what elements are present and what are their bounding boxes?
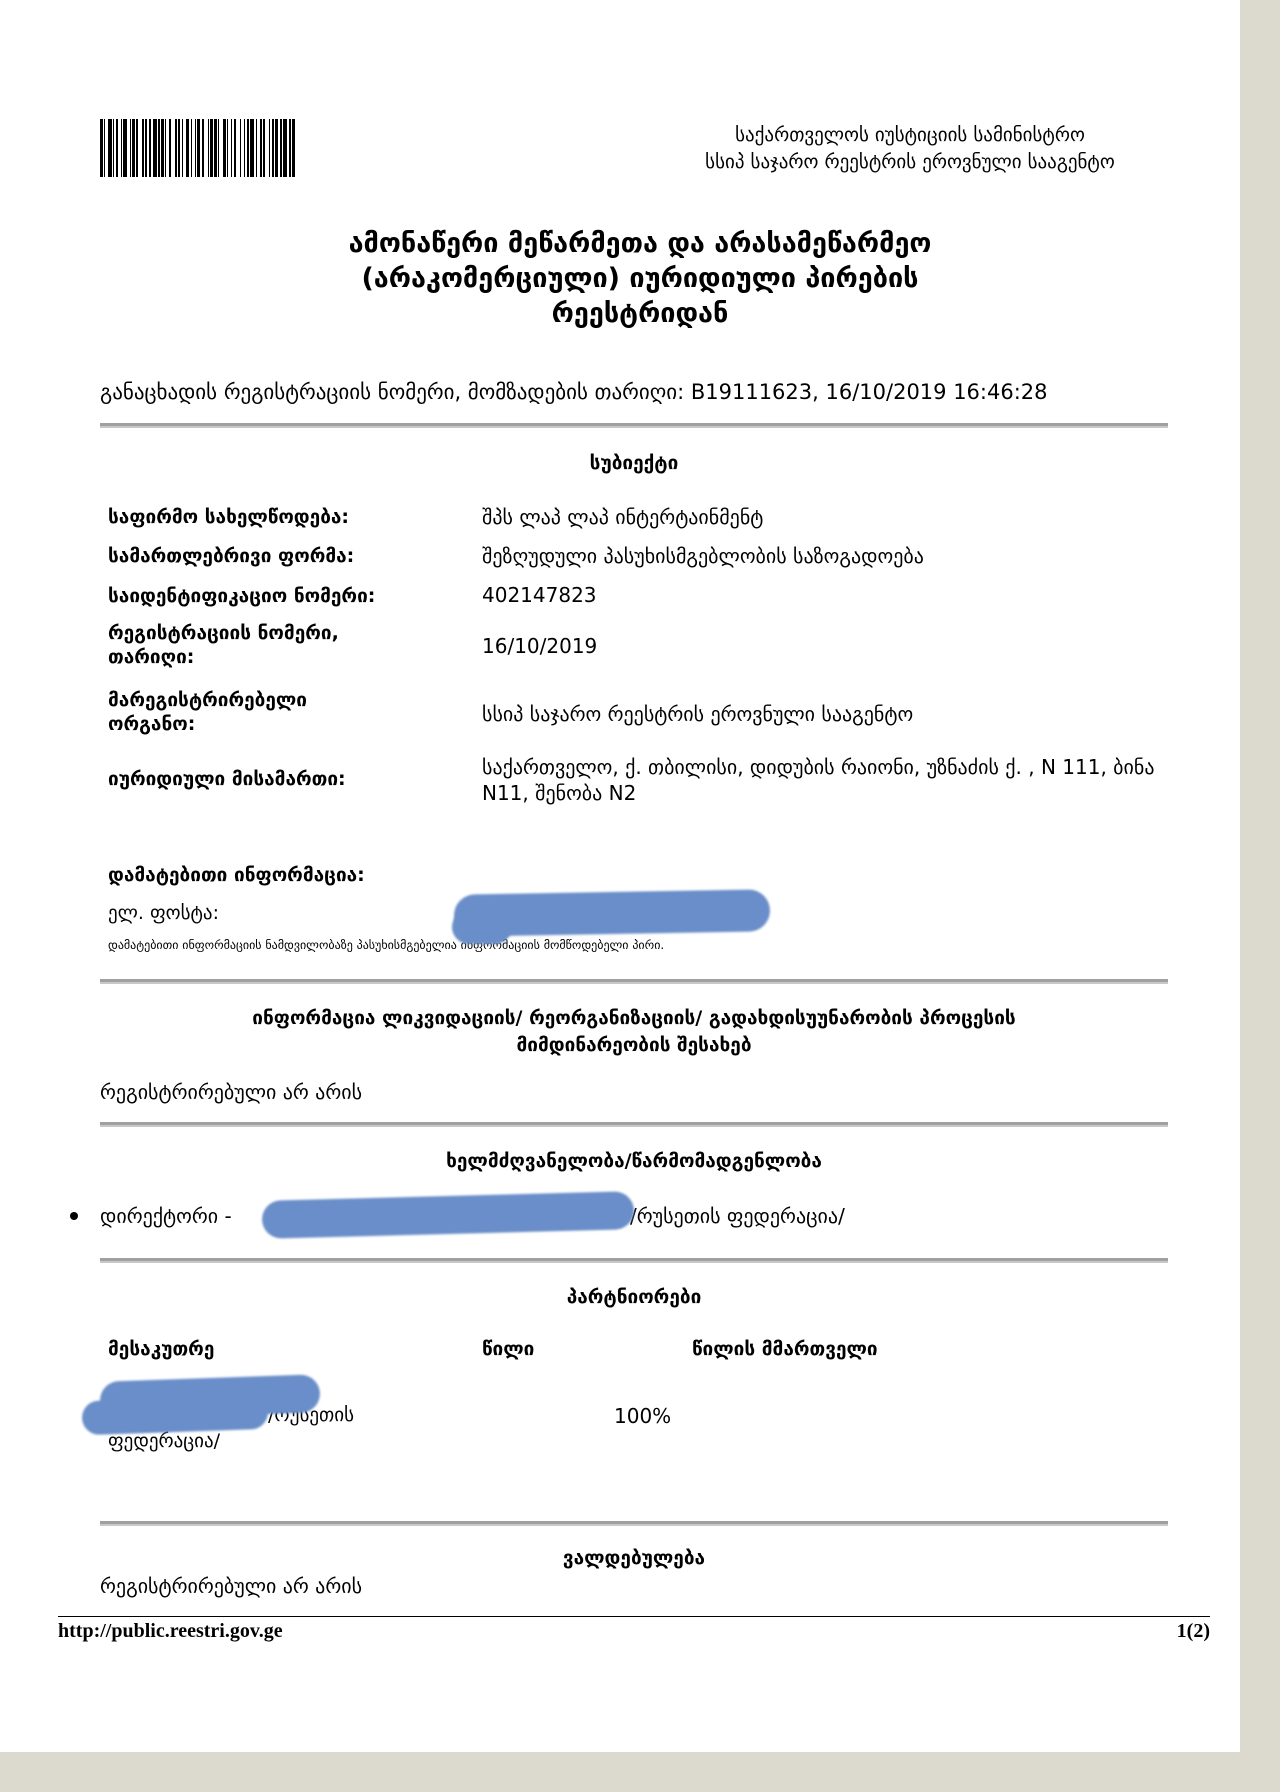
email-label: ელ. ფოსტა: — [108, 902, 219, 924]
column-share: წილი — [482, 1338, 534, 1360]
page-number: 1(2) — [1177, 1620, 1210, 1643]
column-owner: მესაკუთრე — [108, 1338, 214, 1360]
column-share-manager: წილის მმართველი — [692, 1338, 878, 1360]
title-line-3: რეესტრიდან — [200, 296, 1080, 331]
liquidation-title-line-1: ინფორმაცია ლიკვიდაციის/ რეორგანიზაციის/ … — [100, 1005, 1168, 1032]
section-title-management: ხელმძღვანელობა/წარმომადგენლობა — [100, 1148, 1168, 1175]
field-value-legal-address: საქართველო, ქ. თბილისი, დიდუბის რაიონი, … — [482, 754, 1162, 806]
title-line-2: (არაკომერციული) იურიდიული პირების — [200, 261, 1080, 296]
field-label-legal-form: სამართლებრივი ფორმა: — [108, 544, 448, 568]
liquidation-title-line-2: მიმდინარეობის შესახებ — [100, 1032, 1168, 1059]
agency-name: სსიპ საჯარო რეესტრის ეროვნული სააგენტო — [640, 149, 1180, 176]
additional-info-title: დამატებითი ინფორმაცია: — [108, 863, 508, 887]
divider — [100, 979, 1168, 984]
section-title-partners: პარტნიორები — [100, 1284, 1168, 1311]
field-value-registering-body: სსიპ საჯარო რეესტრის ეროვნული სააგენტო — [482, 702, 1162, 726]
ministry-name: საქართველოს იუსტიციის სამინისტრო — [640, 122, 1180, 149]
liquidation-status: რეგისტრირებული არ არის — [100, 1080, 362, 1104]
bullet-icon — [70, 1212, 78, 1220]
obligation-status: რეგისტრირებული არ არის — [100, 1574, 362, 1598]
email-redaction-tail — [452, 910, 512, 944]
management-item: დირექტორი - — [100, 1204, 232, 1228]
footer-url[interactable]: http://public.reestri.gov.ge — [58, 1620, 283, 1643]
additional-info-note: დამატებითი ინფორმაციის ნამდვილობაზე პასუ… — [108, 938, 664, 952]
divider — [100, 1122, 1168, 1127]
field-label-company-name: საფირმო სახელწოდება: — [108, 505, 448, 529]
section-title-obligation: ვალდებულება — [100, 1545, 1168, 1572]
document-title: ამონაწერი მეწარმეთა და არასამეწარმეო (არ… — [200, 226, 1080, 331]
barcode-icon — [100, 119, 454, 177]
document-page: საქართველოს იუსტიციის სამინისტრო სსიპ სა… — [0, 0, 1240, 1752]
section-title-subject: სუბიექტი — [100, 450, 1168, 477]
field-value-registration: 16/10/2019 — [482, 634, 1162, 658]
director-name-redaction — [262, 1191, 635, 1239]
title-line-1: ამონაწერი მეწარმეთა და არასამეწარმეო — [200, 226, 1080, 261]
owner-name-redaction-lower — [81, 1395, 268, 1435]
divider — [100, 1521, 1168, 1526]
management-role: დირექტორი - — [100, 1204, 232, 1228]
field-value-company-name: შპს ლაპ ლაპ ინტერტაინმენტ — [482, 505, 1162, 529]
field-label-registration: რეგისტრაციის ნომერი, თარიღი: — [108, 621, 408, 669]
field-label-registering-body: მარეგისტრირებელი ორგანო: — [108, 688, 398, 736]
divider — [100, 1258, 1168, 1263]
issuer-header: საქართველოს იუსტიციის სამინისტრო სსიპ სა… — [640, 122, 1180, 176]
footer-divider — [58, 1616, 1210, 1617]
section-title-liquidation: ინფორმაცია ლიკვიდაციის/ რეორგანიზაციის/ … — [100, 1005, 1168, 1059]
field-value-legal-form: შეზღუდული პასუხისმგებლობის საზოგადოება — [482, 544, 1162, 568]
field-value-id-number: 402147823 — [482, 583, 1162, 607]
partner-share: 100% — [614, 1404, 671, 1428]
application-info: განაცხადის რეგისტრაციის ნომერი, მომზადებ… — [100, 380, 1048, 404]
field-label-id-number: საიდენტიფიკაციო ნომერი: — [108, 584, 448, 608]
field-label-legal-address: იურიდიული მისამართი: — [108, 767, 448, 791]
management-country: /რუსეთის ფედერაცია/ — [630, 1204, 845, 1228]
divider — [100, 423, 1168, 428]
